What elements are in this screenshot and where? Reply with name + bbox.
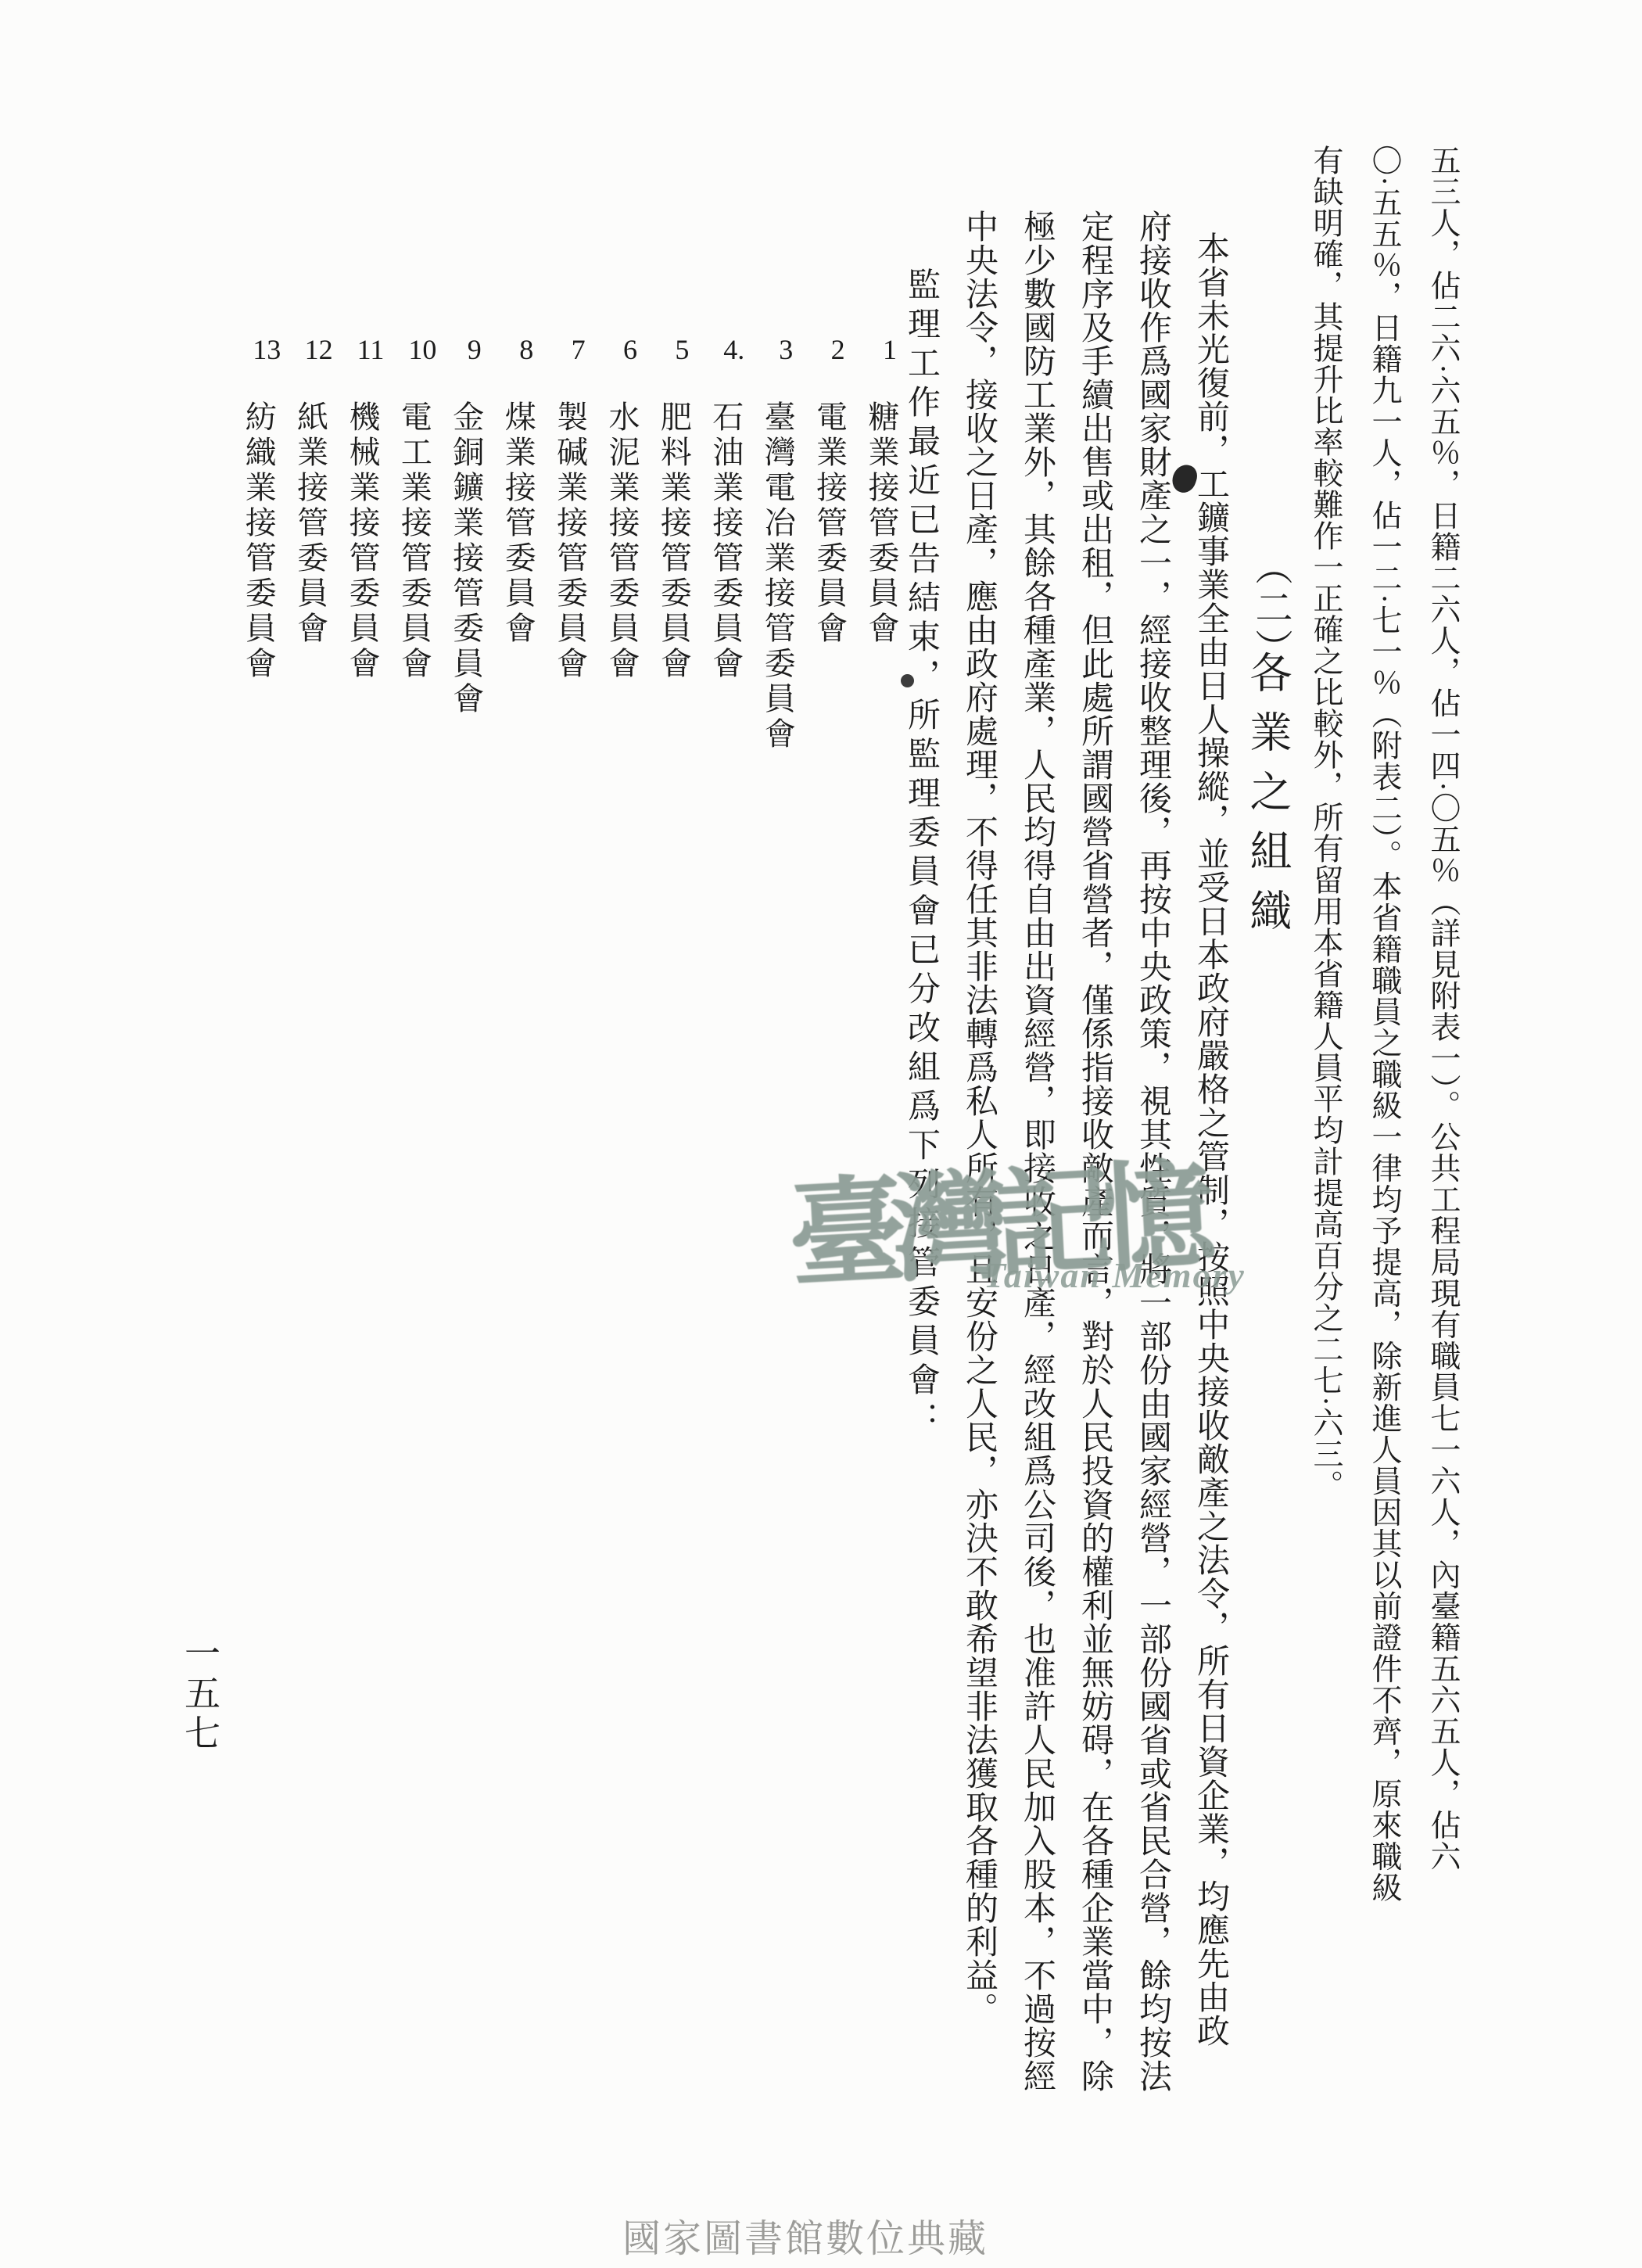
ink-blot-small <box>901 674 914 687</box>
page-number: 一五七 <box>178 1635 220 1754</box>
section-heading-title: 各業之組織 <box>1243 651 1292 948</box>
watermark-latin: Taiwan Memory <box>984 1254 1246 1296</box>
list-item: 7 製碱業接管委員會 <box>544 333 596 1381</box>
list-item-number: 6 <box>596 333 647 400</box>
list-item-label: 電工業接管委員會 <box>396 400 432 682</box>
list-item-label: 臺灣電冶業接管委員會 <box>759 400 795 752</box>
list-item: 9 金銅鑛業接管委員會 <box>440 333 492 1381</box>
list-item: 10 電工業接管委員會 <box>388 333 439 1381</box>
list-item: 11 機械業接管委員會 <box>336 333 388 1381</box>
list-item-number: 10 <box>388 333 439 400</box>
list-item: 12 紙業接管委員會 <box>285 333 336 1381</box>
list-item-number: 1 <box>855 333 907 400</box>
list-item-label: 紙業接管委員會 <box>292 400 328 647</box>
paragraph-column-5: 中央法令，接收之日產，應由政府處理，不得任其非法轉爲私人所有，且安份之人民，亦決… <box>957 210 1001 2026</box>
intro-column-2: 〇·五五％，日籍九一人，佔一二·七一％（附表二）。本省籍職員之職級一律均予提高，… <box>1364 145 1404 1903</box>
list-item-label: 石油業接管委員會 <box>708 400 744 682</box>
intro-column-1: 五三人，佔二六·六五％，日籍二六人，佔一四·〇五％（詳見附表一）。公共工程局現有… <box>1423 145 1462 1871</box>
list-item-number: 7 <box>544 333 596 400</box>
list-item-label: 肥料業接管委員會 <box>655 400 691 682</box>
list-item-number: 12 <box>285 333 336 400</box>
list-item: 4. 石油業接管委員會 <box>700 333 751 1381</box>
list-item-number: 4. <box>700 333 751 400</box>
list-item-label: 金銅鑛業接管委員會 <box>448 400 484 717</box>
list-item-label: 水泥業接管委員會 <box>604 400 640 682</box>
list-item: 6 水泥業接管委員會 <box>596 333 647 1381</box>
list-item: 8 煤業接管委員會 <box>492 333 543 1381</box>
list-item-number: 2 <box>804 333 855 400</box>
scanned-document-page: 五三人，佔二六·六五％，日籍二六人，佔一四·〇五％（詳見附表一）。公共工程局現有… <box>0 0 1642 2268</box>
list-item-label: 製碱業接管委員會 <box>552 400 588 682</box>
list-item-label: 紡織業接管委員會 <box>240 400 276 682</box>
list-item-number: 5 <box>647 333 699 400</box>
intro-column-3: 有缺明確，其提升比率較難作一正確之比較外，所有留用本省籍人員平均計提高百分之二七… <box>1306 145 1345 1501</box>
list-item: 5 肥料業接管委員會 <box>647 333 699 1381</box>
list-item-label: 煤業接管委員會 <box>500 400 536 647</box>
list-item-label: 糖業接管委員會 <box>863 400 899 647</box>
list-item-number: 3 <box>751 333 803 400</box>
list-item-number: 8 <box>492 333 543 400</box>
footer-credit: 國家圖書館數位典藏 <box>622 2209 988 2263</box>
list-item-number: 13 <box>232 333 284 400</box>
list-item-number: 11 <box>336 333 388 400</box>
list-item: 13 紡織業接管委員會 <box>232 333 284 1381</box>
list-item-label: 機械業接管委員會 <box>344 400 380 682</box>
list-item-number: 9 <box>440 333 492 400</box>
list-item-label: 電業接管委員會 <box>812 400 848 647</box>
